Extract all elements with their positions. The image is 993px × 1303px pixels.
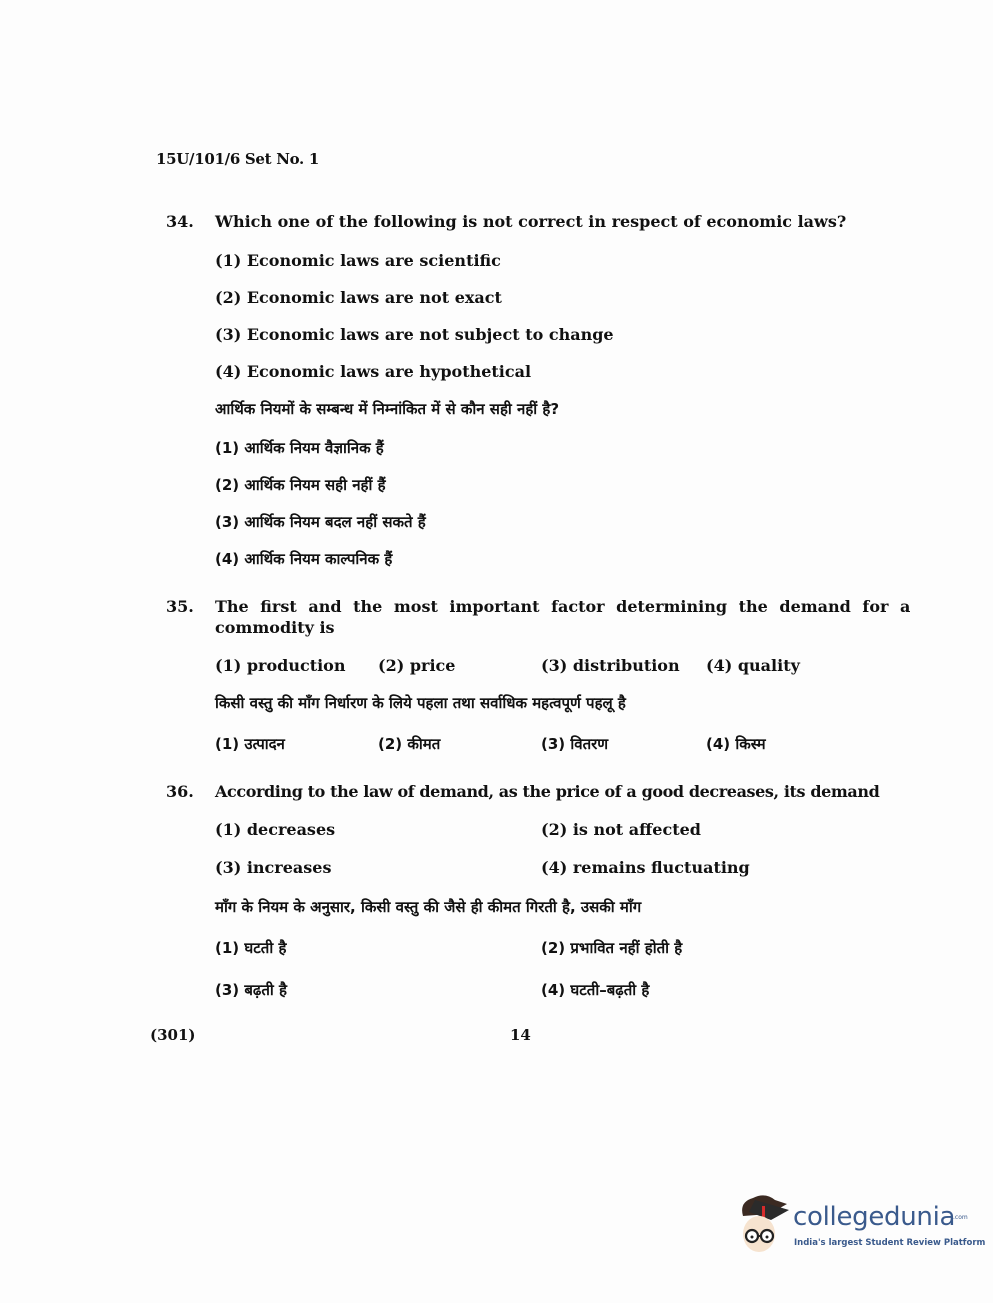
q35-option-1-hi: (1) उत्पादन (215, 734, 285, 754)
paper-code-header: 15U/101/6 Set No. 1 (156, 150, 319, 168)
q36-option-2-en: (2) is not affected (541, 820, 701, 839)
q36-option-4-en: (4) remains fluctuating (541, 858, 750, 877)
q35-option-3-en: (3) distribution (541, 656, 680, 675)
q36-option-3-en: (3) increases (215, 858, 331, 877)
q36-option-4-hi: (4) घटती–बढ़ती है (541, 980, 649, 1000)
q35-option-2-en: (2) price (378, 656, 455, 675)
question-number: 34. (166, 212, 194, 231)
q35-option-2-hi: (2) कीमत (378, 734, 440, 754)
q35-option-4-hi: (4) किस्म (706, 734, 766, 754)
q34-option-4-en: (4) Economic laws are hypothetical (215, 362, 531, 381)
question-text-en: According to the law of demand, as the p… (215, 782, 879, 801)
question-text-en-line2: commodity is (215, 618, 335, 637)
q34-option-1-en: (1) Economic laws are scientific (215, 251, 501, 270)
q35-option-1-en: (1) production (215, 656, 345, 675)
brand-tagline: India's largest Student Review Platform (794, 1238, 985, 1248)
q35-text-hi: किसी वस्तु की माँग निर्धारण के लिये पहला… (215, 693, 626, 713)
exam-page: 15U/101/6 Set No. 1 34. Which one of the… (0, 0, 993, 1303)
q34-text-hi: आर्थिक नियमों के सम्बन्ध में निम्नांकित … (215, 399, 559, 419)
question-text-en-line1: The first and the most important factor … (215, 597, 910, 616)
q34-option-2-en: (2) Economic laws are not exact (215, 288, 502, 307)
q34-option-3-hi: (3) आर्थिक नियम बदल नहीं सकते हैं (215, 512, 426, 532)
page-number: 14 (510, 1026, 531, 1044)
subject-code-footer: (301) (150, 1026, 196, 1044)
brand-name: collegedunia (793, 1202, 955, 1232)
q36-option-1-en: (1) decreases (215, 820, 335, 839)
q36-option-1-hi: (1) घटती है (215, 938, 286, 958)
q35-option-3-hi: (3) वितरण (541, 734, 608, 754)
brand-suffix: .com (953, 1214, 968, 1221)
q36-text-hi: माँग के नियम के अनुसार, किसी वस्तु की जै… (215, 897, 641, 917)
q35-option-4-en: (4) quality (706, 656, 800, 675)
q34-option-3-en: (3) Economic laws are not subject to cha… (215, 325, 614, 344)
q36-option-2-hi: (2) प्रभावित नहीं होती है (541, 938, 682, 958)
question-number: 35. (166, 597, 194, 616)
mascot-icon (735, 1192, 795, 1258)
q34-option-1-hi: (1) आर्थिक नियम वैज्ञानिक हैं (215, 438, 384, 458)
question-number: 36. (166, 782, 194, 801)
q34-option-4-hi: (4) आर्थिक नियम काल्पनिक हैं (215, 549, 392, 569)
q34-option-2-hi: (2) आर्थिक नियम सही नहीं हैं (215, 475, 386, 495)
question-text-en: Which one of the following is not correc… (215, 212, 846, 231)
q36-option-3-hi: (3) बढ़ती है (215, 980, 287, 1000)
collegedunia-watermark: collegedunia .com India's largest Studen… (735, 1192, 965, 1262)
